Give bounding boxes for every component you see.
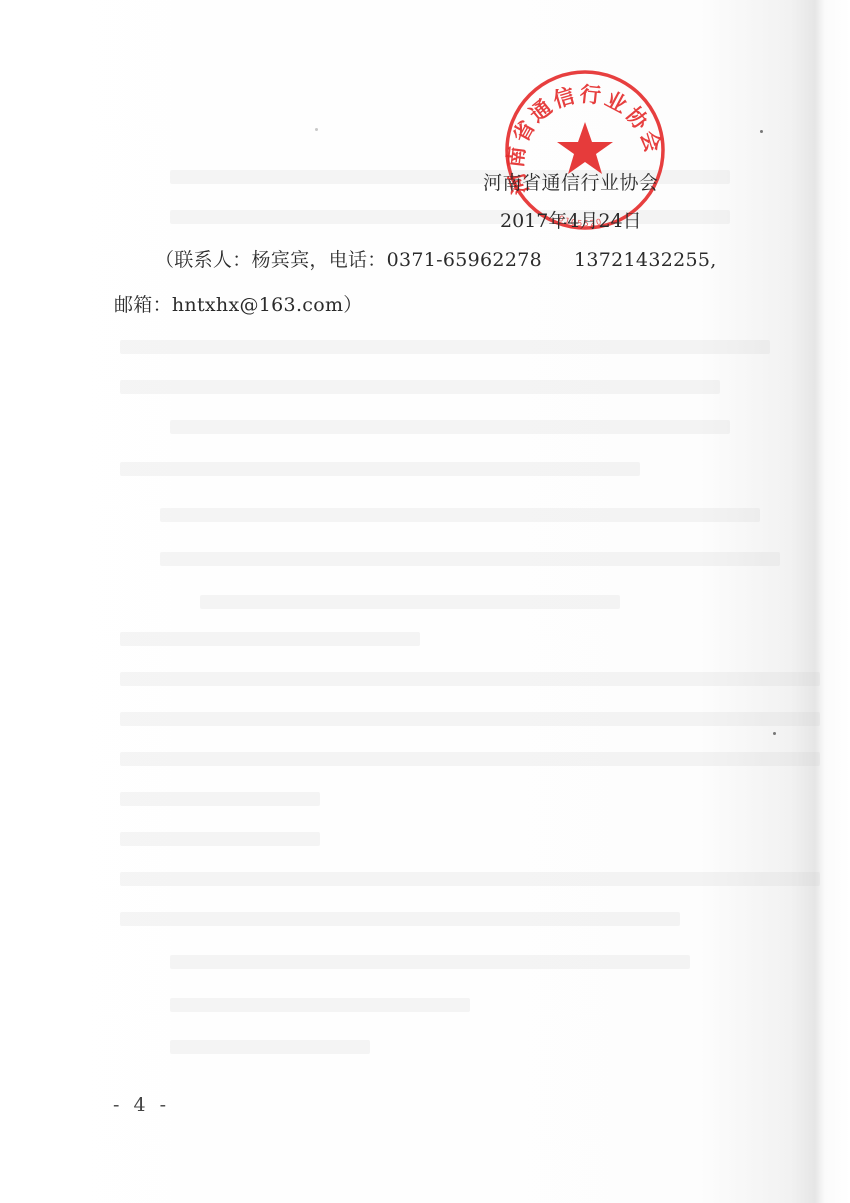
scan-speck xyxy=(773,732,776,735)
star-icon xyxy=(557,122,613,174)
contact-person-phone: （联系人：杨宾宾，电话：0371-65962278 xyxy=(155,249,542,271)
scan-speck xyxy=(315,128,318,131)
contact-email-line: 邮箱：hntxhx@163.com） xyxy=(114,290,363,317)
document-page: 河南省通信行业协会 0105520 河南省通信行业协会 2017年4月24日 （… xyxy=(0,0,850,1203)
contact-line-1: （联系人：杨宾宾，电话：0371-6596227813721432255, xyxy=(155,245,717,272)
contact-mobile: 13721432255, xyxy=(574,249,717,271)
signature-date: 2017年4月24日 xyxy=(500,206,642,233)
scan-speck xyxy=(760,130,763,133)
page-number: - 4 - xyxy=(113,1094,170,1116)
signature-organization: 河南省通信行业协会 xyxy=(483,168,659,195)
